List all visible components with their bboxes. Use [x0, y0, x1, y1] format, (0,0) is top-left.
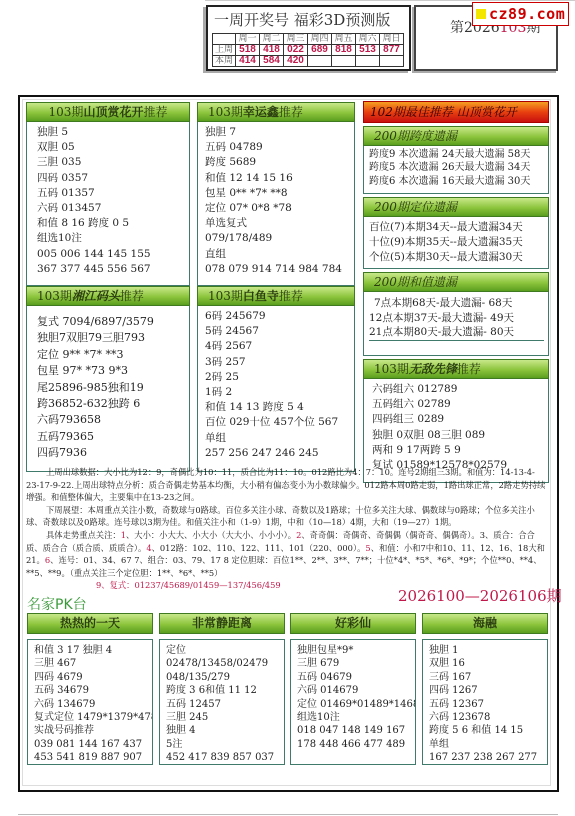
day-sun: 周日: [380, 34, 404, 45]
panel-xiangjiang: 103期湘江码头推荐 复式 7094/6897/3579 独胆7双胆79三胆79…: [26, 286, 190, 472]
right-column: 102期最佳推荐 山顶赏花开 200期跨度遗漏 跨度9 本次遗漏 24天最大遗漏…: [363, 101, 549, 483]
expert-feichang: 非常静距离 定位 02478/13458/02479 048/135/279 跨…: [159, 613, 285, 765]
top-rule: [205, 0, 575, 1]
kuadu-miss-title: 200期跨度遗漏: [363, 126, 549, 146]
dingwei-miss-body: 百位(7)本期34天--最大遗漏34天 十位(9)本期35天--最大遗漏35天 …: [363, 217, 549, 269]
panel-xingyun: 103期幸运鑫推荐 独胆 7 五码 04789 跨度 5689 和值 12 14…: [197, 102, 355, 286]
analysis-outlook: 下周展望：本周重点关注小数，奇数球与0路球。百位多关注小球、奇数以及1路球；十位…: [26, 504, 548, 529]
expert-feichang-title: 非常静距离: [159, 613, 285, 634]
panel-baiyu-title: 103期白鱼寺推荐: [197, 286, 355, 306]
weekly-draw-title: 一周开奖号 福彩3D预测版: [214, 9, 390, 30]
expert-hairong: 海融 独胆 1 双胆 16 三码 167 四码 1267 五码 12367 六码…: [422, 613, 548, 765]
panel-xiangjiang-body: 复式 7094/6897/3579 独胆7双胆79三胆793 定位 9** *7…: [26, 306, 190, 472]
panel-xingyun-title: 103期幸运鑫推荐: [197, 102, 355, 122]
analysis-text: 上周出球数据：大小比为12：9，奇偶比为10：11，质合比为11：10。012路…: [26, 466, 548, 592]
panel-baiyu: 103期白鱼寺推荐 6码 245679 5码 24567 4码 2567 3码 …: [197, 286, 355, 472]
hezhi-miss-body: 7点本期68天-最大遗漏- 68天 12点本期37天-最大遗漏- 49天 21点…: [363, 292, 549, 356]
panel-xiangjiang-title: 103期湘江码头推荐: [26, 286, 190, 306]
expert-haocaixian: 好彩仙 独胆包星*9* 三胆 679 五码 04679 六码 014679 定位…: [290, 613, 416, 765]
dingwei-miss-title: 200期定位遗漏: [363, 197, 549, 217]
day-tue: 周二: [260, 34, 284, 45]
panel-wudi-title: 103期无敌先锋推荐: [363, 359, 549, 379]
expert-hairong-body: 独胆 1 双胆 16 三码 167 四码 1267 五码 12367 六码 12…: [422, 639, 548, 765]
hezhi-miss-title: 200期和值遗漏: [363, 272, 549, 292]
day-fri: 周五: [332, 34, 356, 45]
day-sat: 周六: [356, 34, 380, 45]
day-wed: 周三: [284, 34, 308, 45]
last-week-row: 上周 518 418 022 689 818 513 877: [213, 45, 404, 56]
this-week-row: 本周 414 584 420: [213, 56, 404, 67]
day-thu: 周四: [308, 34, 332, 45]
expert-rere-title: 热热的一天: [27, 613, 153, 634]
panel-xingyun-body: 独胆 7 五码 04789 跨度 5689 和值 12 14 15 16 包星 …: [197, 122, 355, 286]
expert-haocaixian-body: 独胆包星*9* 三胆 679 五码 04679 六码 014679 定位 014…: [290, 639, 416, 765]
expert-feichang-body: 定位 02478/13458/02479 048/135/279 跨度 3 6和…: [159, 639, 285, 765]
analysis-trend: 具体走势重点关注：1、大小：小大大、小大小（大大小、小小小）。2、奇奇偶：奇偶奇…: [26, 529, 548, 579]
pk-period: 2026100—2026106期: [398, 585, 562, 606]
weekly-draw-table: 周一 周二 周三 周四 周五 周六 周日 上周 518 418 022 689 …: [212, 33, 404, 67]
day-header-row: 周一 周二 周三 周四 周五 周六 周日: [213, 34, 404, 45]
analysis-last-week: 上周出球数据：大小比为12：9，奇偶比为10：11，质合比为11：10。012路…: [26, 466, 548, 504]
brand-square-icon: [476, 9, 486, 19]
pk-title: 名家PK台: [27, 594, 87, 614]
panel-shanding-body: 独胆 5 双胆 05 三胆 035 四码 0357 五码 01357 六码 01…: [26, 122, 190, 286]
expert-rere: 热热的一天 和值 3 17 独胆 4 三胆 467 四码 4679 五码 346…: [27, 613, 153, 765]
weekly-draw-box: 一周开奖号 福彩3D预测版 周一 周二 周三 周四 周五 周六 周日 上周 51…: [206, 5, 411, 71]
expert-hairong-title: 海融: [422, 613, 548, 634]
expert-rere-body: 和值 3 17 独胆 4 三胆 467 四码 4679 五码 34679 六码 …: [27, 639, 153, 765]
kuadu-miss-body: 跨度9 本次遗漏 24天最大遗漏 58天 跨度5 本次遗漏 26天最大遗漏 34…: [363, 146, 549, 194]
panel-baiyu-body: 6码 245679 5码 24567 4码 2567 3码 257 2码 25 …: [197, 306, 355, 472]
best-recommend-banner: 102期最佳推荐 山顶赏花开: [363, 101, 549, 123]
bottom-rule: [18, 814, 558, 815]
day-mon: 周一: [236, 34, 260, 45]
brand-logo[interactable]: cz89.com: [472, 2, 569, 26]
panel-shanding: 103期山顶赏花开推荐 独胆 5 双胆 05 三胆 035 四码 0357 五码…: [26, 102, 190, 286]
panel-shanding-title: 103期山顶赏花开推荐: [26, 102, 190, 122]
expert-haocaixian-title: 好彩仙: [290, 613, 416, 634]
